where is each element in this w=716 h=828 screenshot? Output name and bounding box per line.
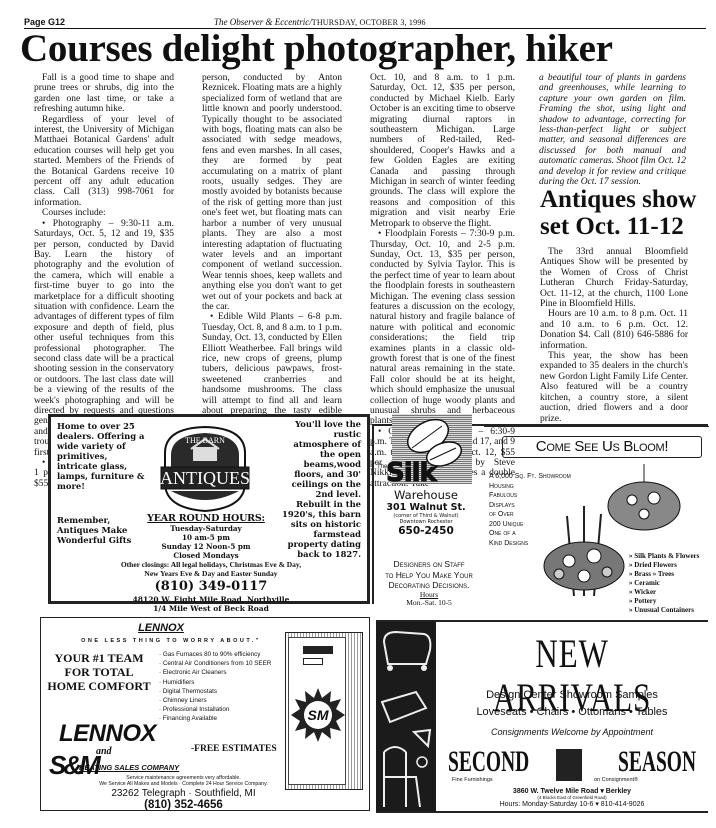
brand-word: SECOND — [448, 747, 529, 777]
publication-line: The Observer & Eccentric/THURSDAY, OCTOB… — [214, 17, 426, 27]
lennox-brand-top: LENNOX — [41, 622, 281, 634]
feature-item: » Ceramic — [629, 579, 711, 588]
paragraph: person, conducted by Anton Reznicek. Flo… — [202, 73, 342, 312]
furnace-badge — [303, 646, 333, 654]
barn-phone: (810) 349-0117 — [111, 579, 311, 594]
silk-warehouse-ad: The Silk Warehouse 301 Walnut St. (corne… — [372, 424, 708, 604]
feature-item: » Brass » Trees — [629, 570, 711, 579]
silk-warehouse-label: Warehouse — [380, 488, 472, 502]
paragraph: a beautiful tour of plants in gardens an… — [539, 73, 686, 187]
closings-line: New Years Eve & Day and Easter Sunday — [91, 569, 331, 578]
ad-description-right: You'll love the rustic atmosphere of the… — [281, 419, 361, 559]
svg-text:THE BARN: THE BARN — [185, 436, 225, 445]
paragraph: Hours are 10 a.m. to 8 p.m. Oct. 11 and … — [540, 309, 688, 351]
furnace-icon: SM — [285, 632, 363, 790]
sm-company-name: HEATING SALES COMPANY — [79, 763, 259, 772]
hours-line: Tuesday-Saturday — [146, 524, 266, 533]
hours-line: 10 am-5 pm — [146, 533, 266, 542]
fine-furnishings: Fine Furnishings — [452, 777, 493, 783]
feature-item: » Silk Plants & Flowers — [629, 552, 711, 561]
lennox-tagline: ONE LESS THING TO WORRY ABOUT.” — [41, 638, 301, 644]
furniture-art-icon — [376, 622, 436, 811]
subtitle-line: Loveseats • Chairs • Ottomans • Tables — [436, 704, 708, 721]
lennox-phone: (810) 352-4656 — [41, 799, 326, 811]
hours-line: Closed Mondays — [146, 551, 266, 560]
feature-item: » Pottery — [629, 597, 711, 606]
team-line: YOUR #1 TEAM — [41, 651, 157, 665]
feature-item: » Wicker — [629, 588, 711, 597]
paragraph: Fall is a good time to shape and prune t… — [34, 73, 174, 115]
brand-word: SEASON — [618, 747, 696, 777]
silk-phone: 650-2450 — [380, 525, 472, 537]
furnace-front: SM — [288, 637, 346, 785]
address-line: 3860 W. Twelve Mile Road ▾ Berkley — [436, 787, 708, 795]
silk-the: The — [377, 464, 383, 470]
publication-date: THURSDAY, OCTOBER 3, 1996 — [312, 18, 426, 27]
on-consignment: on Consignment® — [594, 777, 638, 783]
svg-text:SM: SM — [308, 707, 329, 723]
hours-line: Hours: Monday-Saturday 10-6 ▾ 810-414-90… — [436, 800, 708, 808]
second-season-logo: SECOND SEASON Fine Furnishings on Consig… — [436, 747, 708, 785]
hours-line: Sunday 12 Noon-5 pm — [146, 542, 266, 551]
lennox-and: and — [96, 746, 112, 757]
designers-line: to Help You Make Your — [374, 570, 484, 581]
team-line: FOR TOTAL — [41, 665, 157, 679]
antiques-headline: Antiques show set Oct. 11-12 — [540, 186, 700, 240]
lennox-service-lines: Service maintenance agreements very affo… — [41, 775, 326, 788]
barn-antiques-logo-icon: ANTIQUES THE BARN — [155, 423, 255, 513]
hanging-basket-icon — [604, 464, 684, 534]
paragraph: This year, the show has been expanded to… — [540, 351, 688, 424]
arrivals-subtitle: Design Center Showroom Samples Loveseats… — [436, 687, 708, 721]
street: 301 Walnut St. — [380, 502, 472, 513]
lennox-team: YOUR #1 TEAM FOR TOTAL HOME COMFORT — [41, 651, 157, 693]
barn-hours: YEAR ROUND HOURS: Tuesday-Saturday 10 am… — [146, 513, 266, 560]
barn-antiques-ad: Home to over 25 dealers. Offering a wide… — [48, 414, 370, 604]
paragraph: Oct. 10, and 8 a.m. to 1 p.m. Saturday, … — [370, 73, 515, 229]
article-column-4: a beautiful tour of plants in gardens an… — [539, 73, 686, 187]
barn-address: 48120 W. Eight Mile Road, Northville 1/4… — [91, 596, 331, 613]
subtitle-line: Design Center Showroom Samples — [436, 687, 708, 704]
paragraph: Courses include: — [34, 208, 174, 218]
hours-value: Mon.-Sat. 10-5 — [384, 599, 474, 607]
showroom-line: A 6,000 Sq. Ft. Showroom — [489, 472, 579, 482]
arrivals-address: 3860 W. Twelve Mile Road ▾ Berkley (4 Bl… — [436, 787, 708, 808]
closings-line: Other closings: All legal holidays, Chri… — [91, 560, 331, 569]
free-estimates: -FREE ESTIMATES — [191, 744, 277, 754]
bloom-banner: Come See Us Bloom! — [502, 436, 702, 458]
designers-line: Designers on Staff — [374, 559, 484, 570]
antiques-story-body: The 33rd annual Bloomfield Antiques Show… — [540, 247, 688, 424]
hours-title: YEAR ROUND HOURS: — [146, 513, 266, 524]
lennox-logo: LENNOX — [59, 720, 156, 748]
silk-features-list: » Silk Plants & Flowers » Dried Flowers … — [629, 552, 711, 615]
page-headline: Courses delight photographer, hiker — [20, 28, 710, 70]
publication-name: The Observer & Eccentric/ — [214, 17, 312, 27]
page-number: Page G12 — [24, 17, 65, 27]
barn-closings: Other closings: All legal holidays, Chri… — [91, 560, 331, 578]
paragraph: • Floodplain Forests – 7:30-9 p.m. Thurs… — [370, 229, 515, 427]
silk-logo-word: Silk — [386, 458, 436, 488]
silk-address: 301 Walnut St. (corner of Third & Walnut… — [380, 502, 472, 537]
designers-line: Decorating Decisions. — [374, 580, 484, 591]
chair-mark-icon — [556, 749, 582, 781]
divider — [484, 426, 709, 428]
feature-item: » Unusual Containers — [629, 606, 711, 615]
ad-description: Home to over 25 dealers. Offering a wide… — [57, 421, 147, 491]
team-line: HOME COMFORT — [41, 679, 157, 693]
furnace-badge — [303, 658, 323, 665]
silk-hours: Hours Mon.-Sat. 10-5 — [384, 591, 474, 607]
service-line: We Service All Makes and Models · Comple… — [41, 781, 326, 787]
lennox-address: 23262 Telegraph · Southfield, MI — [41, 788, 326, 799]
svg-text:ANTIQUES: ANTIQUES — [160, 468, 250, 488]
ad-slogan: Remember, Antiques Make Wonderful Gifts — [57, 515, 147, 545]
paragraph: Regardless of your level of interest, th… — [34, 115, 174, 209]
lennox-ad: LENNOX ONE LESS THING TO WORRY ABOUT.” Y… — [40, 617, 370, 811]
new-arrivals-ad: NEW ARRIVALS Design Center Showroom Samp… — [376, 620, 708, 813]
silk-designers: Designers on Staff to Help You Make Your… — [374, 559, 484, 591]
address-line: 1/4 Mile West of Beck Road — [91, 605, 331, 614]
feature-item: » Dried Flowers — [629, 561, 711, 570]
starburst-icon: SM — [291, 688, 345, 742]
paragraph: The 33rd annual Bloomfield Antiques Show… — [540, 247, 688, 309]
consignments-note: Consignments Welcome by Appointment — [436, 727, 708, 737]
